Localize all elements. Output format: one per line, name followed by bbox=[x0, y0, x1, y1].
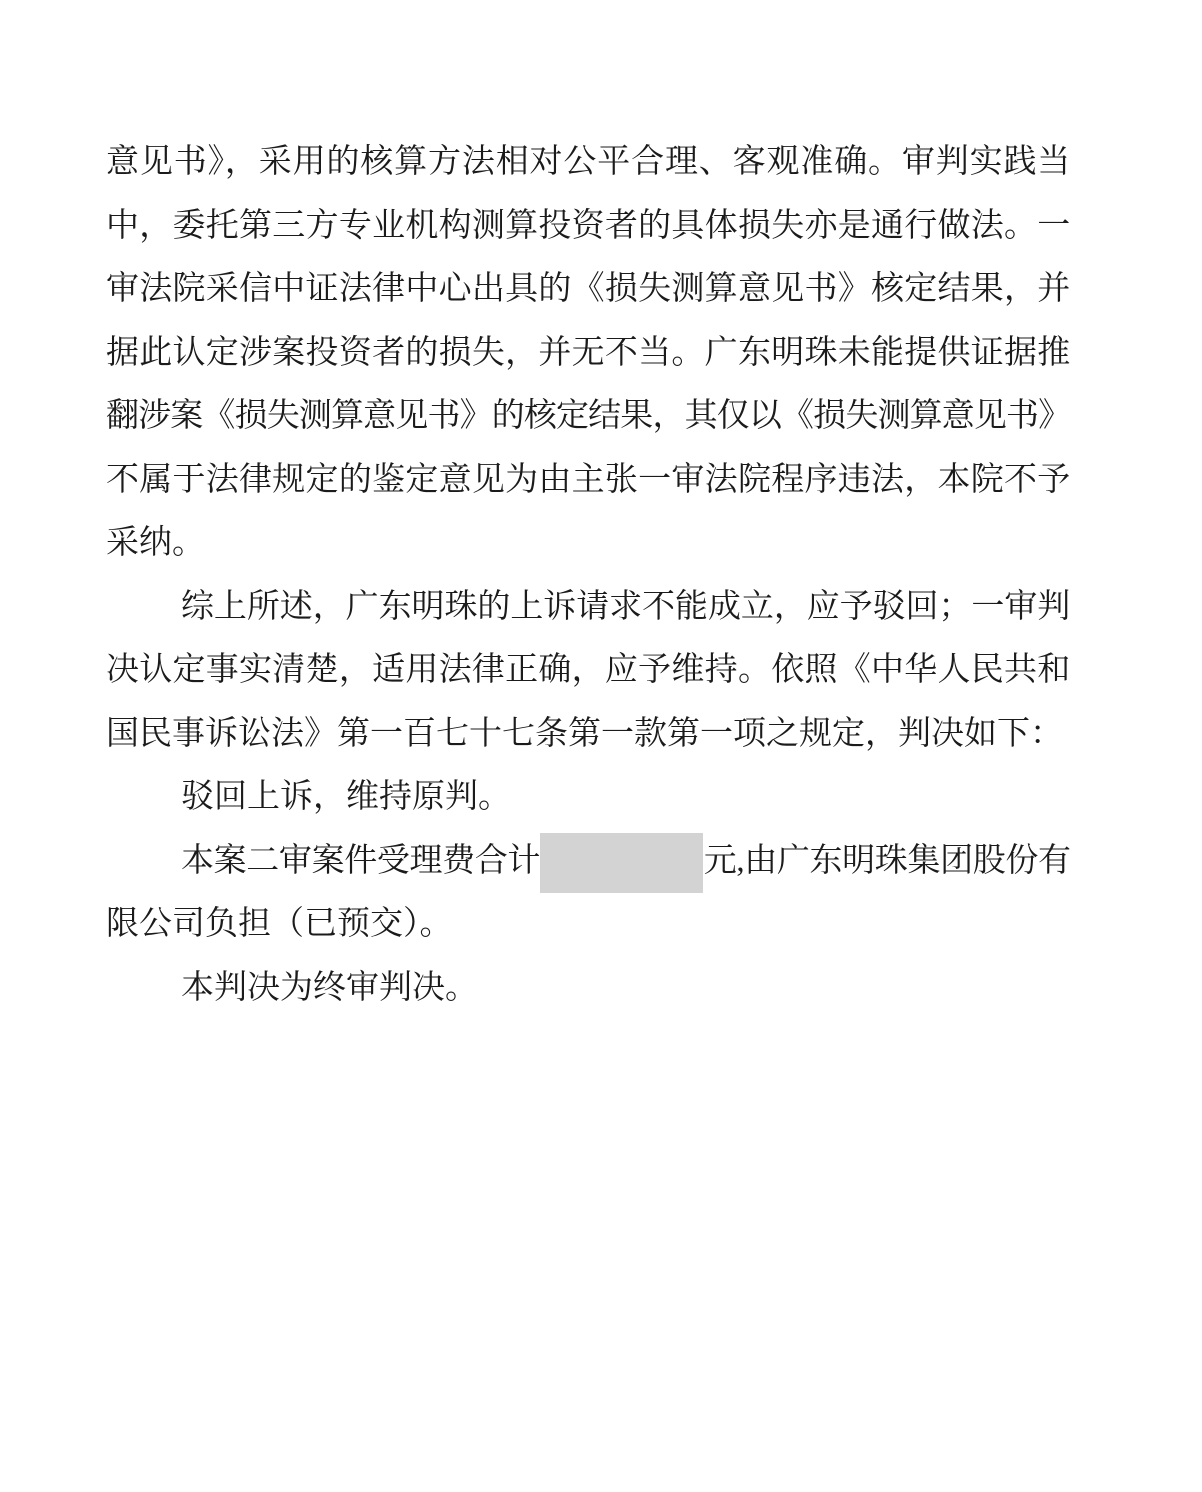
text-line: 翻涉案《损失测算意见书》的核定结果，其仅以《损失测算意见书》 bbox=[106, 385, 1070, 449]
fee-text-after: 元,由广东明珠集团股份有 bbox=[703, 843, 1070, 879]
paragraph-end-line: 国民事诉讼法》第一百七十七条第一款第一项之规定，判决如下： bbox=[106, 703, 1070, 767]
text-line: 审法院采信中证法律中心出具的《损失测算意见书》核定结果，并 bbox=[106, 258, 1070, 322]
fee-line-with-redaction: 本案二审案件受理费合计元,由广东明珠集团股份有 bbox=[106, 830, 1070, 894]
text-line: 据此认定涉案投资者的损失，并无不当。广东明珠未能提供证据推 bbox=[106, 322, 1070, 386]
paragraph-end-line: 采纳。 bbox=[106, 512, 1070, 576]
ruling-line: 驳回上诉，维持原判。 bbox=[106, 766, 1070, 830]
final-judgment-line: 本判决为终审判决。 bbox=[106, 957, 1070, 1021]
document-page: 意见书》，采用的核算方法相对公平合理、客观准确。审判实践当 中，委托第三方专业机… bbox=[0, 0, 1202, 1492]
text-line: 限公司负担（已预交）。 bbox=[106, 893, 1070, 957]
text-line: 决认定事实清楚，适用法律正确，应予维持。依照《中华人民共和 bbox=[106, 639, 1070, 703]
redaction-box bbox=[540, 833, 703, 893]
judgment-text-block: 意见书》，采用的核算方法相对公平合理、客观准确。审判实践当 中，委托第三方专业机… bbox=[106, 131, 1070, 1020]
fee-text-before: 本案二审案件受理费合计 bbox=[181, 843, 540, 879]
text-line: 中，委托第三方专业机构测算投资者的具体损失亦是通行做法。一 bbox=[106, 195, 1070, 259]
paragraph-start-line: 综上所述，广东明珠的上诉请求不能成立，应予驳回；一审判 bbox=[106, 576, 1070, 640]
text-line: 不属于法律规定的鉴定意见为由主张一审法院程序违法，本院不予 bbox=[106, 449, 1070, 513]
text-line: 意见书》，采用的核算方法相对公平合理、客观准确。审判实践当 bbox=[106, 131, 1070, 195]
